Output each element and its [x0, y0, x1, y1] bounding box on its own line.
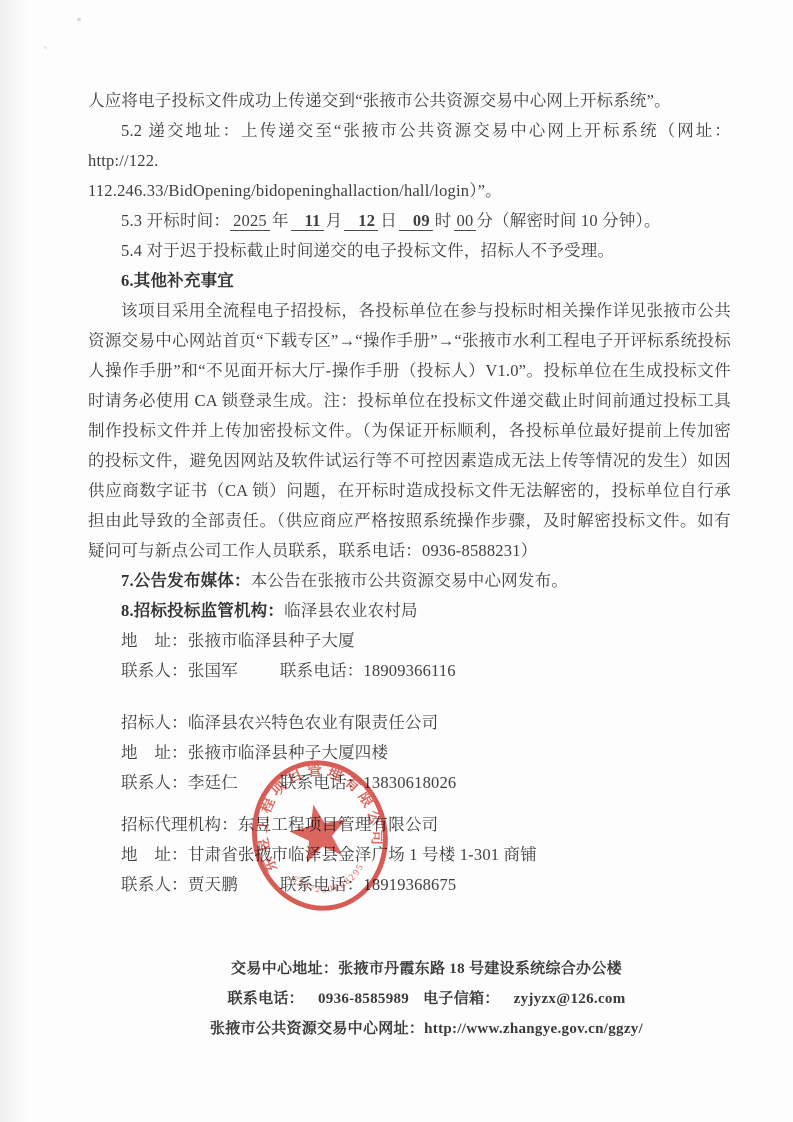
- tenderer-label: 招标人：: [121, 713, 188, 732]
- para-5-4: 5.4 对于迟于投标截止时间递交的电子投标文件，招标人不予受理。: [88, 236, 731, 266]
- para-5-2-line2: 112.246.33/BidOpening/bidopeninghallacti…: [88, 176, 731, 206]
- para-7: 7.公告发布媒体：本公告在张掖市公共资源交易中心网发布。: [88, 566, 731, 596]
- para-upload-continuation: 人应将电子投标文件成功上传递交到“张掖市公共资源交易中心网上开标系统”。: [88, 86, 731, 116]
- regulator-phone: 18909366116: [363, 661, 455, 680]
- para-8: 8.招标投标监管机构：临泽县农业农村局: [88, 596, 731, 626]
- open-time-minute: 00: [454, 211, 477, 231]
- footer-phone-label: 联系电话：: [227, 991, 304, 1007]
- scanned-document-page: 人应将电子投标文件成功上传递交到“张掖市公共资源交易中心网上开标系统”。 5.2…: [0, 0, 793, 1122]
- contact-label: 联系人：: [121, 773, 188, 792]
- tenderer-contact: 李廷仁: [188, 773, 238, 792]
- footer-contact-line: 联系电话：0936-8585989电子信箱：zyjyzx@126.com: [122, 984, 731, 1014]
- scan-speck: [77, 18, 81, 21]
- contact-label: 联系人：: [121, 661, 188, 680]
- address-label: 地 址：: [121, 743, 188, 762]
- address-label: 地 址：: [121, 631, 188, 650]
- heading-7-label: 7.公告发布媒体：: [121, 571, 251, 590]
- day-unit: 日: [378, 211, 399, 230]
- hour-unit: 时: [433, 211, 454, 230]
- year-unit: 年: [270, 211, 291, 230]
- para-5-3-tail: 分（解密时间 10 分钟）。: [476, 211, 660, 230]
- contact-label: 联系人：: [121, 875, 188, 894]
- trading-center-footer: 交易中心地址：张掖市丹霞东路 18 号建设系统综合办公楼 联系电话：0936-8…: [88, 954, 731, 1044]
- para-5-3: 5.3 开标时间：2025年11月12日09时00分（解密时间 10 分钟）。: [88, 206, 731, 236]
- month-unit: 月: [324, 211, 345, 230]
- agency-label: 招标代理机构：: [121, 815, 238, 834]
- regulator-contact-line: 联系人：张国军联系电话：18909366116: [88, 656, 731, 686]
- footer-website-line: 张掖市公共资源交易中心网址：http://www.zhangye.gov.cn/…: [122, 1014, 731, 1044]
- footer-email-label: 电子信箱：: [423, 991, 500, 1007]
- regulator-address-line: 地 址：张掖市临泽县种子大厦: [88, 626, 731, 656]
- open-time-day: 12: [344, 211, 378, 231]
- seal-star-icon: [285, 799, 353, 865]
- heading-6: 6.其他补充事宜: [88, 266, 731, 296]
- regulator-name: 临泽县农业农村局: [284, 601, 418, 620]
- phone-label: 联系电话：: [280, 661, 364, 680]
- regulator-contact: 张国军: [188, 661, 238, 680]
- document-body: 人应将电子投标文件成功上传递交到“张掖市公共资源交易中心网上开标系统”。 5.2…: [88, 86, 731, 1044]
- open-time-label: 5.3 开标时间：: [121, 211, 230, 230]
- para-6-body: 该项目采用全流程电子招投标，各投标单位在参与投标时相关操作详见张掖市公共资源交易…: [88, 296, 731, 566]
- para-5-2-line1: 5.2 递交地址：上传递交至“张掖市公共资源交易中心网上开标系统（网址：http…: [88, 116, 731, 176]
- scan-speck: [44, 46, 47, 49]
- footer-phone: 0936-8585989: [318, 991, 409, 1007]
- tenderer-name-line: 招标人：临泽县农兴特色农业有限责任公司: [88, 708, 731, 738]
- address-label: 地 址：: [121, 845, 188, 864]
- tenderer-name: 临泽县农兴特色农业有限责任公司: [188, 713, 439, 732]
- open-time-hour: 09: [399, 211, 433, 231]
- regulator-block: 地 址：张掖市临泽县种子大厦 联系人：张国军联系电话：18909366116: [88, 626, 731, 686]
- tenderer-contact-line: 联系人：李廷仁联系电话：13830618026: [88, 768, 731, 798]
- agency-address-line: 地 址：甘肃省张掖市临泽县金泽广场 1 号楼 1-301 商铺: [88, 840, 731, 870]
- open-time-year: 2025: [230, 211, 270, 231]
- agency-name-line: 招标代理机构：东昱工程项目管理有限公司: [88, 810, 731, 840]
- open-time-month: 11: [291, 211, 324, 231]
- regulator-address: 张掖市临泽县种子大厦: [188, 631, 355, 650]
- agency-block: 招标代理机构：东昱工程项目管理有限公司 地 址：甘肃省张掖市临泽县金泽广场 1 …: [88, 810, 731, 900]
- footer-address-line: 交易中心地址：张掖市丹霞东路 18 号建设系统综合办公楼: [122, 954, 731, 984]
- scan-edge-shadow: [0, 0, 28, 1122]
- agency-contact-line: 联系人：贾天鹏联系电话：18919368675: [88, 870, 731, 900]
- tenderer-address-line: 地 址：张掖市临泽县种子大厦四楼: [88, 738, 731, 768]
- heading-8-label: 8.招标投标监管机构：: [121, 601, 284, 620]
- agency-contact: 贾天鹏: [188, 875, 238, 894]
- tenderer-block: 招标人：临泽县农兴特色农业有限责任公司 地 址：张掖市临泽县种子大厦四楼 联系人…: [88, 708, 731, 798]
- para-7-text: 本公告在张掖市公共资源交易中心网发布。: [251, 571, 568, 590]
- footer-email: zyjyzx@126.com: [514, 991, 626, 1007]
